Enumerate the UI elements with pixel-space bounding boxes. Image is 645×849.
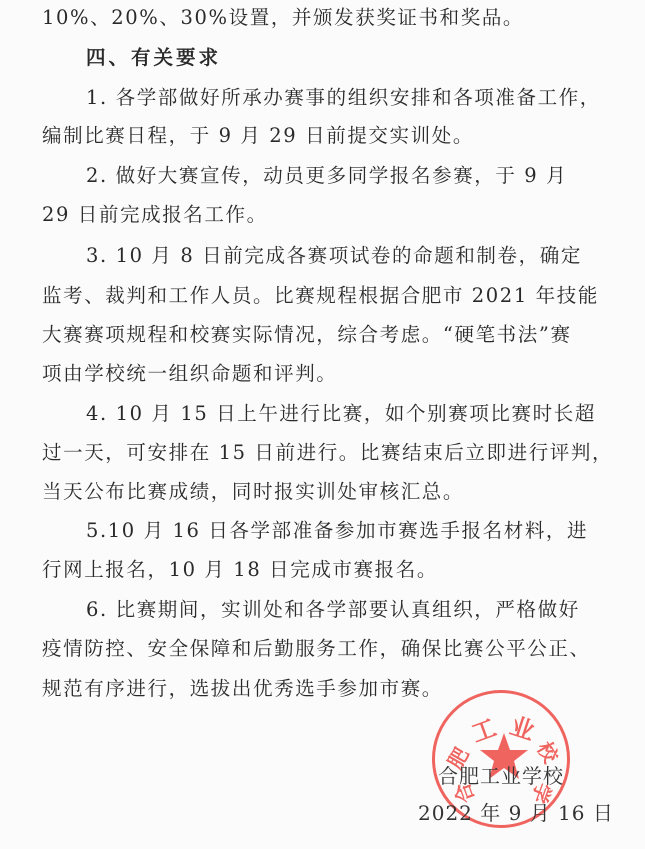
paragraph-line: 10%、20%、30%设置，并颁发获奖证书和奖品。 bbox=[42, 6, 524, 30]
paragraph-line: 行网上报名，10 月 18 日完成市赛报名。 bbox=[42, 558, 438, 582]
paragraph-line: 4. 10 月 15 日上午进行比赛，如个别赛项比赛时长超 bbox=[86, 402, 596, 426]
paragraph-line: 6. 比赛期间，实训处和各学部要认真组织，严格做好 bbox=[86, 598, 580, 622]
paragraph-line: 5.10 月 16 日各学部准备参加市赛选手报名材料，进 bbox=[86, 519, 588, 543]
paragraph-line: 2. 做好大赛宣传，动员更多同学报名参赛，于 9 月 bbox=[86, 164, 567, 188]
paragraph-line: 项由学校统一组织命题和评判。 bbox=[42, 362, 337, 386]
paragraph-line: 3. 10 月 8 日前完成各赛项试卷的命题和制卷，确定 bbox=[86, 244, 582, 268]
signature-date: 2022 年 9 月 16 日 bbox=[418, 797, 614, 826]
paragraph-line: 大赛赛项规程和校赛实际情况，综合考虑。“硬笔书法”赛 bbox=[42, 323, 572, 347]
paragraph-line: 1. 各学部做好所承办赛事的组织安排和各项准备工作， bbox=[86, 86, 601, 110]
signature-organization: 合肥工业学校 bbox=[438, 760, 564, 789]
paragraph-line: 编制比赛日程，于 9 月 29 日前提交实训处。 bbox=[42, 124, 474, 148]
paragraph-line: 当天公布比赛成绩，同时报实训处审核汇总。 bbox=[42, 480, 464, 504]
paragraph-line: 监考、裁判和工作人员。比赛规程根据合肥市 2021 年技能 bbox=[42, 284, 599, 308]
paragraph-line: 29 日前完成报名工作。 bbox=[42, 203, 268, 227]
section-heading: 四、有关要求 bbox=[86, 46, 221, 70]
paragraph-line: 疫情防控、安全保障和后勤服务工作，确保比赛公平公正、 bbox=[42, 637, 591, 661]
paragraph-line: 规范有序进行，选拔出优秀选手参加市赛。 bbox=[42, 677, 443, 701]
paragraph-line: 过一天，可安排在 15 日前进行。比赛结束后立即进行评判， bbox=[42, 441, 613, 465]
